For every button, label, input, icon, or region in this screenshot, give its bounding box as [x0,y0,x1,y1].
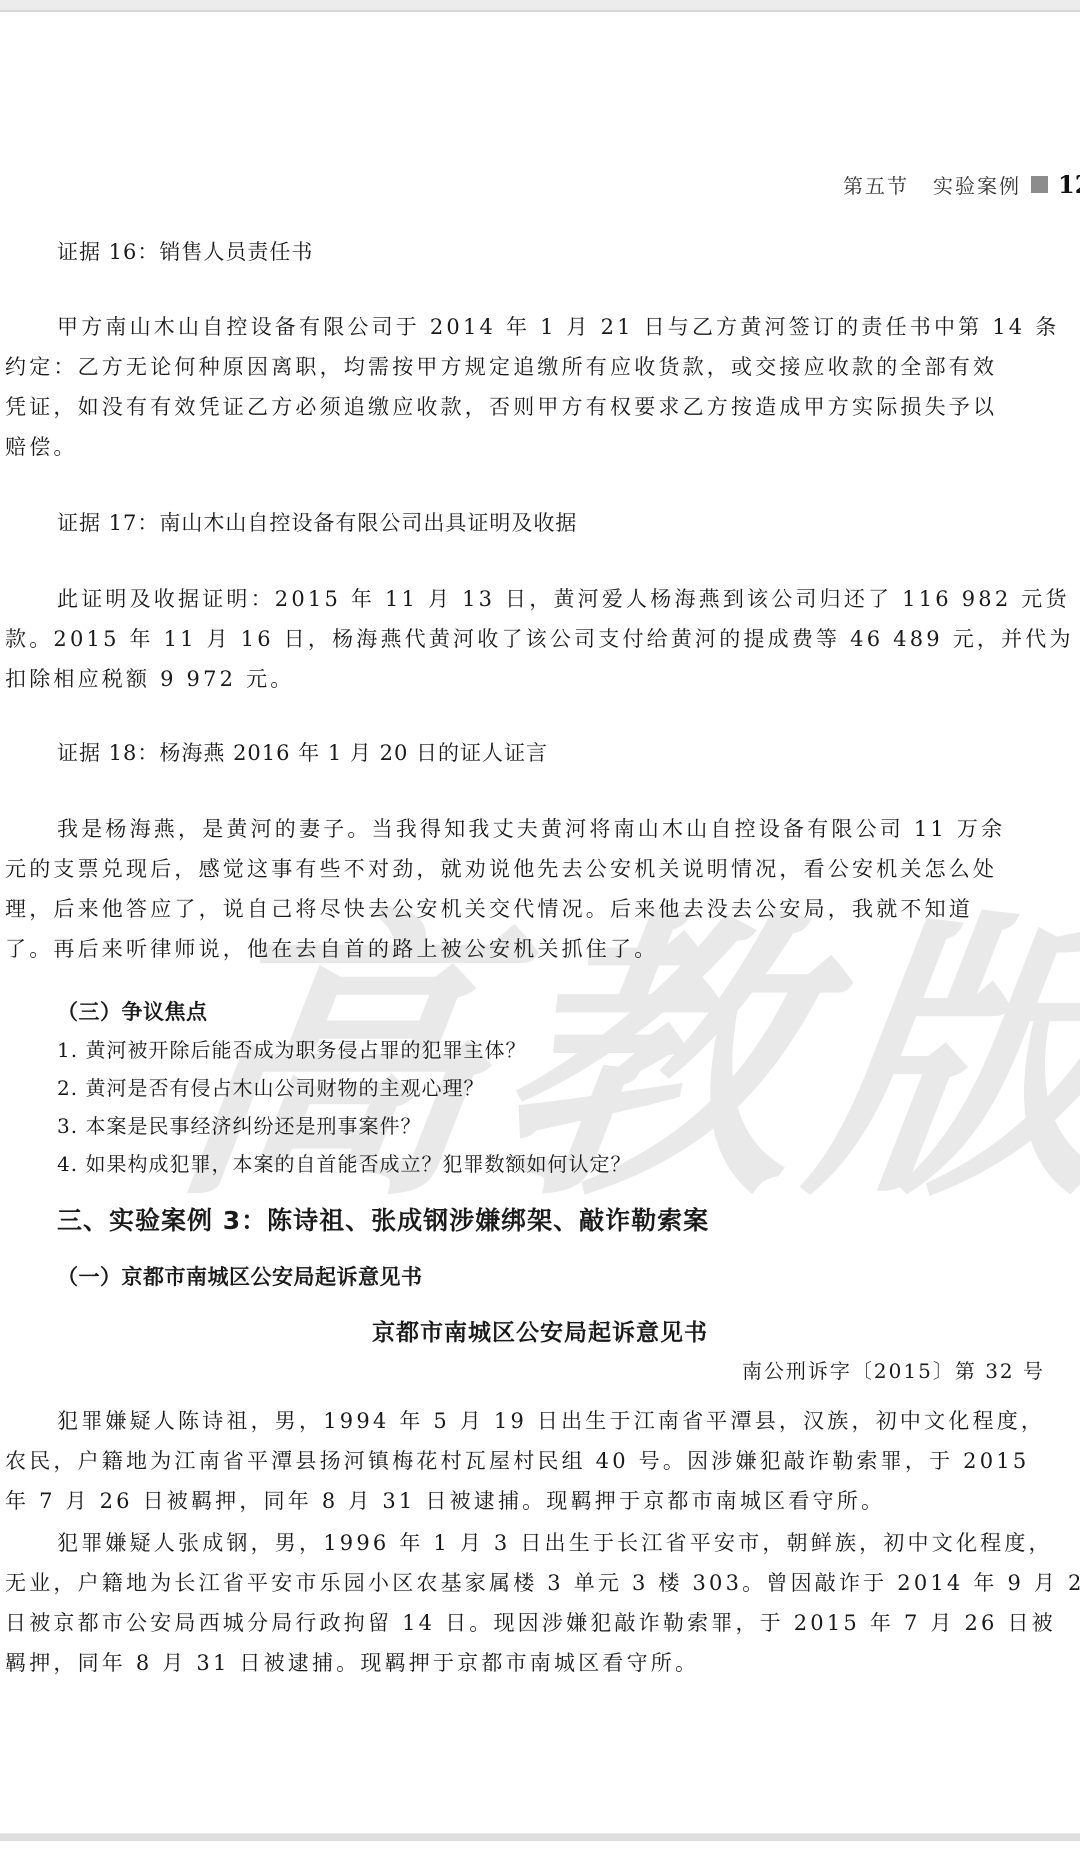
dispute-focus-heading: （三）争议焦点 [57,997,208,1027]
evidence-17-line: 扣除相应税额 9 972 元。 [0,664,1080,694]
page-number: 125 [1058,170,1080,199]
evidence-16-heading: 证据 16：销售人员责任书 [57,237,313,267]
suspect-1-line: 年 7 月 26 日被羁押，同年 8 月 31 日被逮捕。现羁押于京都市南城区看… [0,1486,1080,1516]
section-title: 三、实验案例 3：陈诗祖、张成钢涉嫌绑架、敲诈勒索案 [57,1204,709,1238]
evidence-16-line: 约定：乙方无论何种原因离职，均需按甲方规定追缴所有应收货款，或交接应收款的全部有… [0,352,1080,382]
header-section: 第五节 [843,170,909,199]
evidence-16-line: 赔偿。 [0,432,1080,462]
suspect-2-line: 羁押，同年 8 月 31 日被逮捕。现羁押于京都市南城区看守所。 [0,1648,1080,1678]
document-number: 南公刑诉字〔2015〕第 32 号 [742,1356,1045,1386]
suspect-2-line: 无业，户籍地为长江省平安市乐园小区农基家属楼 3 单元 3 楼 303。曾因敲诈… [0,1568,1080,1598]
suspect-2-line: 犯罪嫌疑人张成钢，男，1996 年 1 月 3 日出生于长江省平安市，朝鲜族，初… [0,1528,1080,1558]
evidence-17-heading: 证据 17：南山木山自控设备有限公司出具证明及收据 [57,508,577,538]
dispute-item: 4. 如果构成犯罪，本案的自首能否成立？犯罪数额如何认定？ [57,1149,631,1179]
evidence-18-line: 元的支票兑现后，感觉这事有些不对劲，就劝说他先去公安机关说明情况，看公安机关怎么… [0,854,1080,884]
scan-top-edge [0,0,1080,12]
running-header: 第五节 实验案例 125 [843,170,1080,199]
case-3-sub-heading: （一）京都市南城区公安局起诉意见书 [57,1262,423,1292]
evidence-16-line: 甲方南山木山自控设备有限公司于 2014 年 1 月 21 日与乙方黄河签订的责… [0,312,1080,342]
suspect-1-line: 犯罪嫌疑人陈诗祖，男，1994 年 5 月 19 日出生于江南省平潭县，汉族，初… [0,1406,1080,1436]
evidence-18-line: 理，后来他答应了，说自己将尽快去公安机关交代情况。后来他去没去公安局，我就不知道 [0,894,1080,924]
evidence-18-line: 我是杨海燕，是黄河的妻子。当我得知我丈夫黄河将南山木山自控设备有限公司 11 万… [0,814,1080,844]
evidence-18-line: 了。再后来听律师说，他在去自首的路上被公安机关抓住了。 [0,934,1080,964]
header-chapter: 实验案例 [933,170,1021,199]
evidence-17-line: 款。2015 年 11 月 16 日，杨海燕代黄河收了该公司支付给黄河的提成费等… [0,624,1080,654]
dispute-item: 2. 黄河是否有侵占木山公司财物的主观心理？ [57,1073,484,1103]
suspect-1-line: 农民，户籍地为江南省平潭县扬河镇梅花村瓦屋村民组 40 号。因涉嫌犯敲诈勒索罪，… [0,1446,1080,1476]
dispute-item: 3. 本案是民事经济纠纷还是刑事案件？ [57,1111,421,1141]
header-square-icon [1031,176,1048,193]
evidence-17-line: 此证明及收据证明：2015 年 11 月 13 日，黄河爱人杨海燕到该公司归还了… [0,584,1080,614]
suspect-2-line: 日被京都市公安局西城分局行政拘留 14 日。现因涉嫌犯敲诈勒索罪，于 2015 … [0,1608,1080,1638]
scan-bottom-edge [0,1833,1080,1841]
evidence-18-heading: 证据 18：杨海燕 2016 年 1 月 20 日的证人证言 [57,738,548,768]
evidence-16-line: 凭证，如没有有效凭证乙方必须追缴应收款，否则甲方有权要求乙方按造成甲方实际损失予… [0,392,1080,422]
dispute-item: 1. 黄河被开除后能否成为职务侵占罪的犯罪主体？ [57,1035,526,1065]
document-title: 京都市南城区公安局起诉意见书 [0,1318,1080,1348]
